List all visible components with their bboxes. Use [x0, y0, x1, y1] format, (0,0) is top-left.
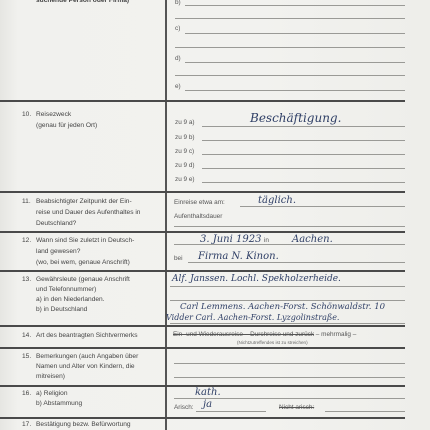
field13-label-1: 13.Gewährsleute (genaue Anschrift [22, 275, 130, 286]
field17-label: 17.Bestätigung bezw. Befürwortung [22, 420, 131, 430]
field9-line-c2[interactable] [175, 47, 405, 48]
field14-note: (Nichtzutreffendes ist zu streichen) [237, 340, 308, 345]
field13-line-1[interactable] [170, 286, 405, 287]
field9-line-e-prefix: e) [175, 83, 181, 90]
field9-label-tail: suchende Person oder Firma) [36, 0, 129, 7]
field9-line-b-prefix: b) [175, 0, 181, 6]
field10-label: 10.Reisezweck [22, 110, 71, 121]
visa-application-form-page: suchende Person oder Firma) b) c) d) e) … [0, 0, 430, 430]
field13-label-3: a) in den Niederlanden. [22, 295, 105, 306]
field15-label-2: Namen und Alter von Kindern, die [22, 362, 135, 373]
field10-row-c-line[interactable] [202, 154, 405, 155]
field9-line-c[interactable] [185, 33, 405, 34]
field11-label-2: reise und Dauer des Aufenthaltes in [22, 208, 140, 219]
row-divider-13-14 [0, 325, 405, 327]
field16-arisch-label: Arisch: [174, 404, 194, 411]
field16-arisch-value: ja [203, 399, 212, 410]
field10-row-e-line[interactable] [202, 182, 405, 183]
field11-entry-line[interactable] [240, 206, 405, 207]
field10-sublabel: (genau für jeden Ort) [22, 121, 97, 132]
field11-duration-line[interactable] [174, 226, 405, 227]
field14-selected-option: – mehrmalig – [316, 331, 357, 338]
field13-label-4: b) in Deutschland [22, 305, 87, 316]
field12-bei-label: bei [174, 255, 183, 262]
field15-label-1: 15.Bemerkungen (auch Angaben über [22, 352, 138, 363]
field13-entry-2: Carl Lemmens. Aachen-Forst. Schönwaldstr… [180, 302, 385, 312]
field10-row-d-line[interactable] [202, 168, 405, 169]
field11-entry-label: Einreise etwa am: [174, 199, 225, 206]
row-divider-14-15 [0, 347, 405, 349]
field16-label-a: 16.a) Religion [22, 389, 68, 400]
field9-line-d[interactable] [185, 62, 405, 63]
field12-bei-line[interactable] [188, 262, 405, 263]
field15-line-1[interactable] [174, 363, 405, 364]
field12-label-2: land gewesen? [22, 247, 80, 258]
field13-entry-1: Alf. Janssen. Lochl. Spekholzerheide. [172, 274, 341, 284]
field9-line-d2[interactable] [175, 75, 405, 76]
field10-row-c-prefix: zu 9 c) [175, 148, 194, 155]
field9-line-e[interactable] [185, 90, 405, 91]
field15-line-2[interactable] [174, 377, 405, 378]
field16-arisch-line[interactable] [196, 411, 266, 412]
field11-duration-label: Aufenthaltsdauer [174, 213, 222, 220]
field10-row-a-value: Beschäftigung. [250, 111, 341, 125]
field12-in-label: in [264, 237, 269, 244]
field14-options: Ein- und Wiederausreise – Durchreise und… [173, 331, 356, 338]
field16-nicht-arisch-line[interactable] [325, 411, 405, 412]
field14-label: 14.Art des beantragten Sichtvermerks [22, 331, 138, 342]
row-divider-10-11 [0, 191, 405, 193]
field16-religion-value: kath. [195, 387, 221, 398]
field10-row-e-prefix: zu 9 e) [175, 176, 195, 183]
field10-row-d-prefix: zu 9 d) [175, 162, 195, 169]
field10-row-b-line[interactable] [202, 140, 405, 141]
field10-row-b-prefix: zu 9 b) [175, 134, 195, 141]
field11-label-1: 11.Beabsichtigter Zeitpunkt der Ein- [22, 197, 132, 208]
field10-row-a-prefix: zu 9 a) [175, 119, 195, 126]
field13-label-2: und Telefonnummer) [22, 285, 96, 296]
field10-row-a-line[interactable] [202, 126, 405, 127]
field11-label-3: Deutschland? [22, 219, 76, 230]
field12-bei-value: Firma N. Kinon. [198, 251, 279, 262]
field16-label-b: b) Abstammung [22, 399, 82, 410]
column-divider [165, 0, 167, 430]
field13-line-2[interactable] [170, 300, 405, 301]
field15-label-3: mitreisen) [22, 372, 65, 383]
field9-line-b2[interactable] [175, 18, 405, 19]
field11-entry-value: täglich. [258, 195, 296, 206]
field12-date-value: 3. Juni 1923 [200, 234, 261, 245]
field13-line-3[interactable] [170, 323, 405, 324]
field12-place-value: Aachen. [292, 234, 333, 245]
field9-line-b[interactable] [185, 5, 405, 6]
row-divider-11-12 [0, 231, 405, 233]
field12-label-1: 12.Wann sind Sie zuletzt in Deutsch- [22, 236, 134, 247]
row-divider-9-10 [0, 100, 405, 102]
field16-nicht-arisch-label: Nicht arisch: [279, 404, 314, 411]
field12-label-3: (wo, bei wem, genaue Anschrift) [22, 258, 130, 269]
field9-line-d-prefix: d) [175, 55, 181, 62]
field13-entry-3: Vidder Carl. Aachen-Forst. Lyzgolinstraß… [166, 313, 339, 322]
row-divider-16-17 [0, 417, 405, 419]
row-divider-12-13 [0, 270, 405, 272]
field14-struck-options: Ein- und Wiederausreise – Durchreise und… [173, 331, 314, 338]
field9-line-c-prefix: c) [175, 25, 180, 32]
